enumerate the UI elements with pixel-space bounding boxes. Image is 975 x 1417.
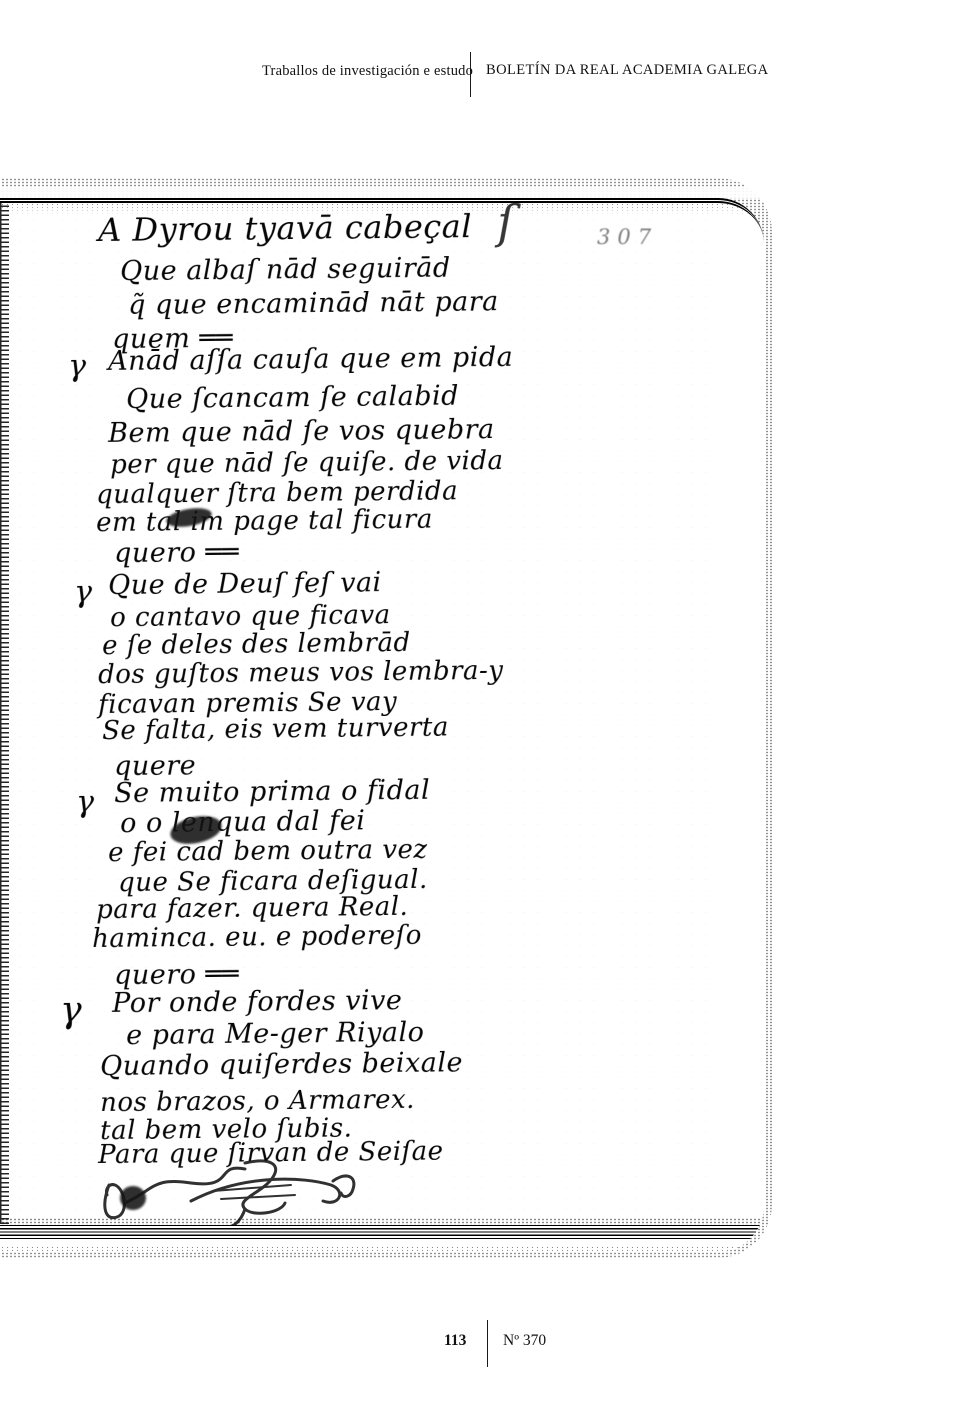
manuscript-line: quere: [114, 752, 196, 780]
manuscript-line: Bem que nād ſe vos quebra: [108, 416, 495, 447]
manuscript-line: Por onde fordes vive: [112, 987, 403, 1017]
stanza-marker: γ: [74, 578, 93, 608]
manuscript-line: e fei cad bem outra vez: [108, 837, 428, 866]
manuscript-line: dos guſtos meus vos lembra-y: [98, 658, 504, 688]
manuscript-line: haminca. eu. e podereſo: [92, 923, 422, 952]
scan-bottom-dots: [0, 1218, 764, 1225]
manuscript-line: e para Me-ger Riyalo: [126, 1019, 425, 1049]
manuscript-line: qualquer ſtra bem perdida: [96, 478, 458, 508]
manuscript-page: 307 A Dyrou tyavā cabeçalſQue albaſ nād …: [0, 198, 764, 1252]
scan-bottom-band: [0, 1218, 764, 1252]
manuscript-line: Se muito prima o fidal: [114, 777, 430, 807]
manuscript-line: para fazer. quera Real.: [96, 894, 408, 923]
manuscript-line: ſ: [497, 199, 515, 245]
manuscript-line: A Dyrou tyavā cabeçal: [98, 210, 472, 246]
header-section-title: Traballos de investigación e estudo: [262, 63, 473, 80]
stanza-marker: γ: [60, 993, 82, 1029]
scan-bottom-dots-fade: [0, 1246, 764, 1252]
header-divider: [470, 52, 471, 97]
manuscript-line: quero ══: [114, 539, 239, 567]
footer-divider: [487, 1320, 488, 1367]
manuscript-line: per que nād ſe quiſe. de vida: [110, 448, 504, 478]
manuscript-line: nos brazos, o Armarex.: [100, 1087, 415, 1116]
manuscript-line: Se falta, eis vem turverta: [102, 714, 449, 744]
manuscript-line: o cantavo que ficava: [110, 602, 391, 631]
scan-bottom-lines: [0, 1225, 764, 1241]
scan-top-dash-band: [0, 187, 769, 198]
manuscript-line: q̃ que encaminād nāt para: [128, 288, 499, 319]
journal-page: { "header": { "left": "Traballos de inve…: [0, 0, 975, 1417]
manuscript-line: Anād aſſa cauſa que em pida: [108, 344, 513, 375]
manuscript-line: Que ſcancam ſe calabid: [126, 383, 459, 413]
manuscript-line: Que de Deuſ feſ vai: [108, 569, 382, 599]
manuscript-facsimile: 307 A Dyrou tyavā cabeçalſQue albaſ nād …: [0, 178, 772, 1258]
stanza-marker: γ: [68, 352, 87, 382]
manuscript-line: o o lenqua dal fei: [120, 807, 366, 837]
manuscript-line: Quando quiſerdes beixale: [100, 1049, 463, 1080]
page-number: 113: [444, 1332, 466, 1350]
issue-number: Nº 370: [503, 1332, 546, 1350]
stanza-marker: γ: [76, 788, 95, 818]
manuscript-text-layer: A Dyrou tyavā cabeçalſQue albaſ nād segu…: [0, 203, 764, 1252]
manuscript-line: Que albaſ nād seguirād: [120, 255, 451, 285]
manuscript-line: quero ══: [114, 961, 239, 989]
header-journal-title: BOLETÍN DA REAL ACADEMIA GALEGA: [486, 62, 769, 79]
manuscript-line: e ſe deles des lembrād: [102, 630, 411, 659]
manuscript-line: em tal im page tal ficura: [96, 506, 433, 536]
